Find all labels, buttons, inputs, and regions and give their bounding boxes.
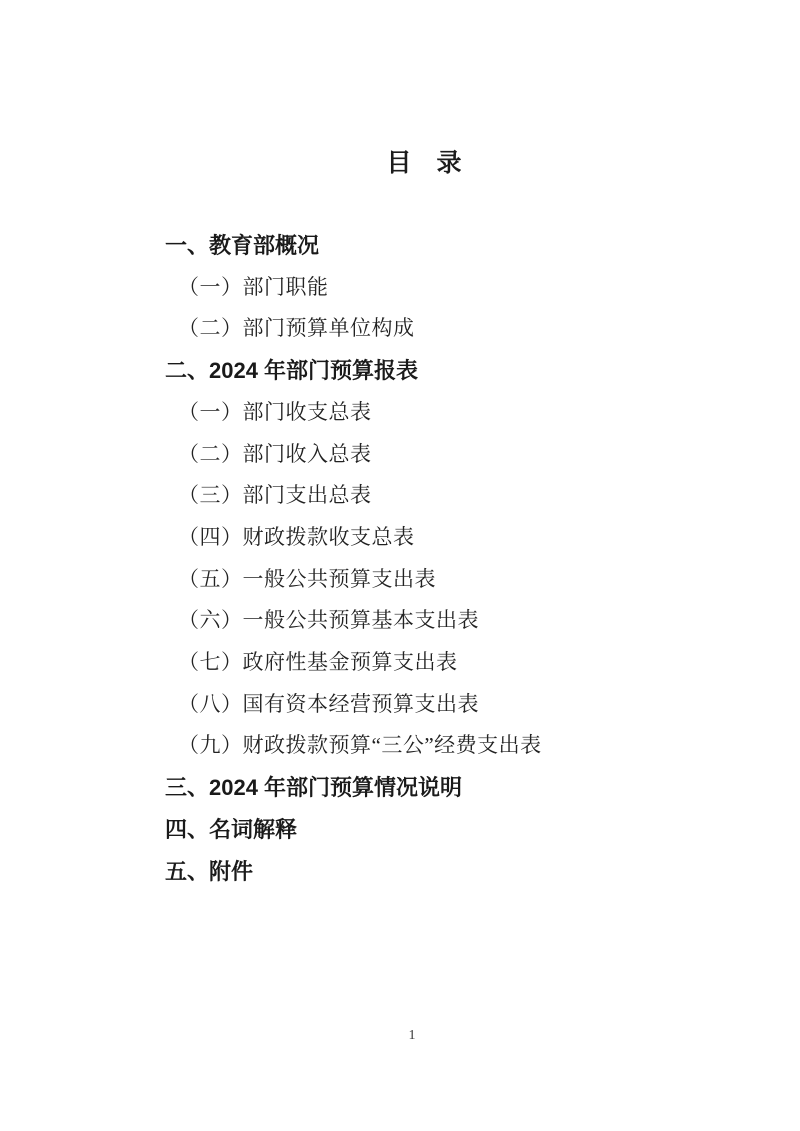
toc-item: 三、2024 年部门预算情况说明 [165, 767, 725, 809]
toc-item: （一）部门职能 [165, 267, 725, 309]
toc-item: （五）一般公共预算支出表 [165, 559, 725, 601]
page-number: 1 [165, 1028, 659, 1044]
toc-item: 二、2024 年部门预算报表 [165, 350, 725, 392]
toc-item: （三）部门支出总表 [165, 475, 725, 517]
toc-item: 四、名词解释 [165, 809, 725, 851]
toc-item: （四）财政拨款收支总表 [165, 517, 725, 559]
table-of-contents: 一、教育部概况 （一）部门职能 （二）部门预算单位构成 二、2024 年部门预算… [165, 225, 725, 892]
toc-item: 五、附件 [165, 851, 725, 893]
toc-item: （七）政府性基金预算支出表 [165, 642, 725, 684]
toc-item: （一）部门收支总表 [165, 392, 725, 434]
toc-item: （八）国有资本经营预算支出表 [165, 684, 725, 726]
toc-item: （六）一般公共预算基本支出表 [165, 600, 725, 642]
page-title: 目 录 [165, 143, 683, 179]
toc-item: 一、教育部概况 [165, 225, 725, 267]
document-page: 目 录 一、教育部概况 （一）部门职能 （二）部门预算单位构成 二、2024 年… [0, 0, 800, 1131]
toc-item: （二）部门收入总表 [165, 434, 725, 476]
toc-item: （九）财政拨款预算“三公”经费支出表 [165, 725, 725, 767]
toc-item: （二）部门预算单位构成 [165, 308, 725, 350]
